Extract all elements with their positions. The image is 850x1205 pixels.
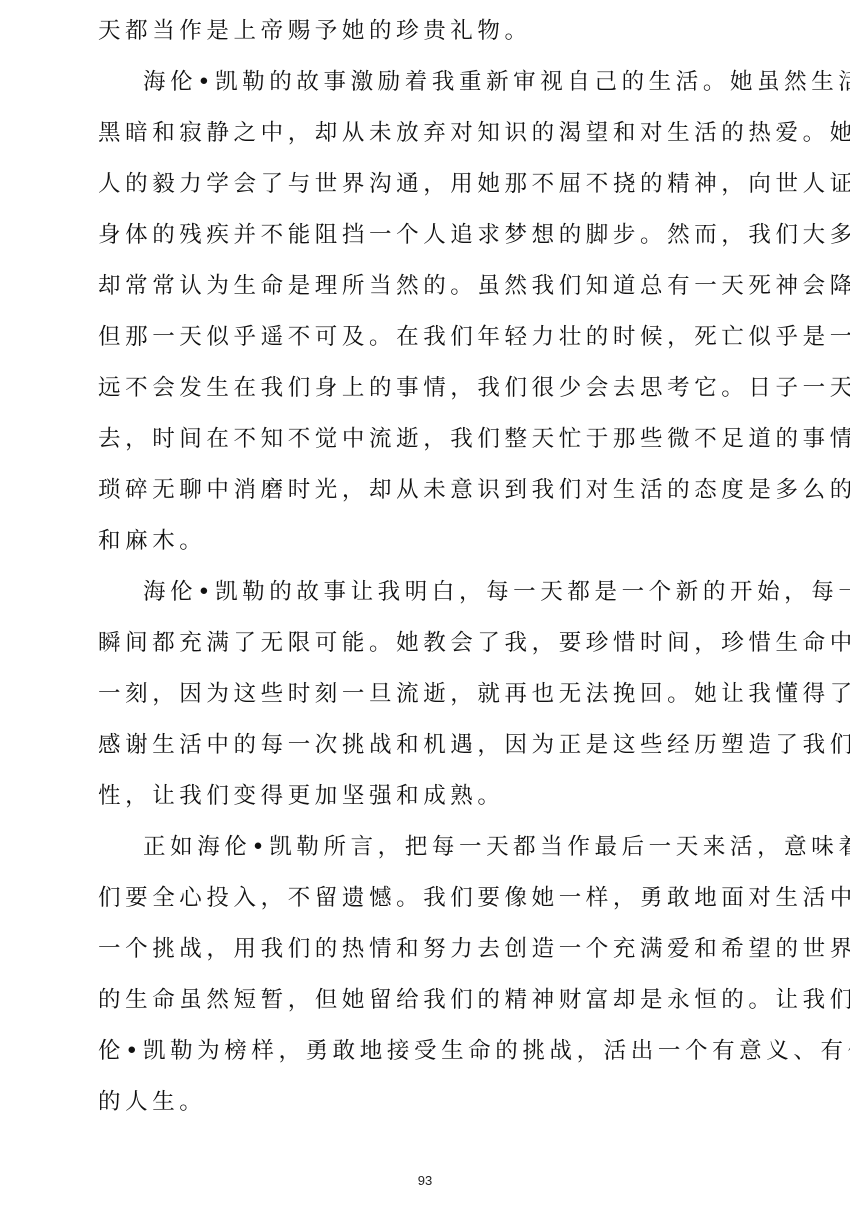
text-line: 正如海伦•凯勒所言，把每一天都当作最后一天来活，意味着我 (98, 828, 754, 879)
text-line: 海伦•凯勒的故事让我明白，每一天都是一个新的开始，每一个 (98, 573, 754, 624)
text-line: 感谢生活中的每一次挑战和机遇，因为正是这些经历塑造了我们的个 (98, 726, 754, 777)
document-page: 天都当作是上帝赐予她的珍贵礼物。 海伦•凯勒的故事激励着我重新审视自己的生活。她… (98, 12, 754, 1134)
text-line: 黑暗和寂静之中，却从未放弃对知识的渴望和对生活的热爱。她以惊 (98, 114, 754, 165)
text-line: 去，时间在不知不觉中流逝，我们整天忙于那些微不足道的事情，在 (98, 420, 754, 471)
text-line: 但那一天似乎遥不可及。在我们年轻力壮的时候，死亡似乎是一件永 (98, 318, 754, 369)
text-line: 的生命虽然短暂，但她留给我们的精神财富却是永恒的。让我们以海 (98, 981, 754, 1032)
text-line: 们要全心投入，不留遗憾。我们要像她一样，勇敢地面对生活中的每 (98, 879, 754, 930)
text-line: 伦•凯勒为榜样，勇敢地接受生命的挑战，活出一个有意义、有价值 (98, 1032, 754, 1083)
paragraph-reflection: 海伦•凯勒的故事激励着我重新审视自己的生活。她虽然生活在 黑暗和寂静之中，却从未… (98, 63, 754, 573)
paragraph-continuation: 天都当作是上帝赐予她的珍贵礼物。 (98, 12, 754, 63)
page-number: 93 (0, 1173, 850, 1188)
paragraph-conclusion: 正如海伦•凯勒所言，把每一天都当作最后一天来活，意味着我 们要全心投入，不留遗憾… (98, 828, 754, 1134)
text-line: 人的毅力学会了与世界沟通，用她那不屈不挠的精神，向世人证明了 (98, 165, 754, 216)
text-line: 身体的残疾并不能阻挡一个人追求梦想的脚步。然而，我们大多数人 (98, 216, 754, 267)
text-line: 瞬间都充满了无限可能。她教会了我，要珍惜时间，珍惜生命中的每 (98, 624, 754, 675)
text-line: 一刻，因为这些时刻一旦流逝，就再也无法挽回。她让我懂得了感恩， (98, 675, 754, 726)
text-line: 琐碎无聊中消磨时光，却从未意识到我们对生活的态度是多么的倦怠 (98, 471, 754, 522)
text-line: 却常常认为生命是理所当然的。虽然我们知道总有一天死神会降临， (98, 267, 754, 318)
text-line: 的人生。 (98, 1083, 754, 1134)
text-line: 远不会发生在我们身上的事情，我们很少会去思考它。日子一天天过 (98, 369, 754, 420)
text-line: 海伦•凯勒的故事激励着我重新审视自己的生活。她虽然生活在 (98, 63, 754, 114)
text-line: 和麻木。 (98, 522, 754, 573)
text-line: 天都当作是上帝赐予她的珍贵礼物。 (98, 12, 754, 63)
paragraph-lesson: 海伦•凯勒的故事让我明白，每一天都是一个新的开始，每一个 瞬间都充满了无限可能。… (98, 573, 754, 828)
text-line: 性，让我们变得更加坚强和成熟。 (98, 777, 754, 828)
text-line: 一个挑战，用我们的热情和努力去创造一个充满爱和希望的世界。她 (98, 930, 754, 981)
